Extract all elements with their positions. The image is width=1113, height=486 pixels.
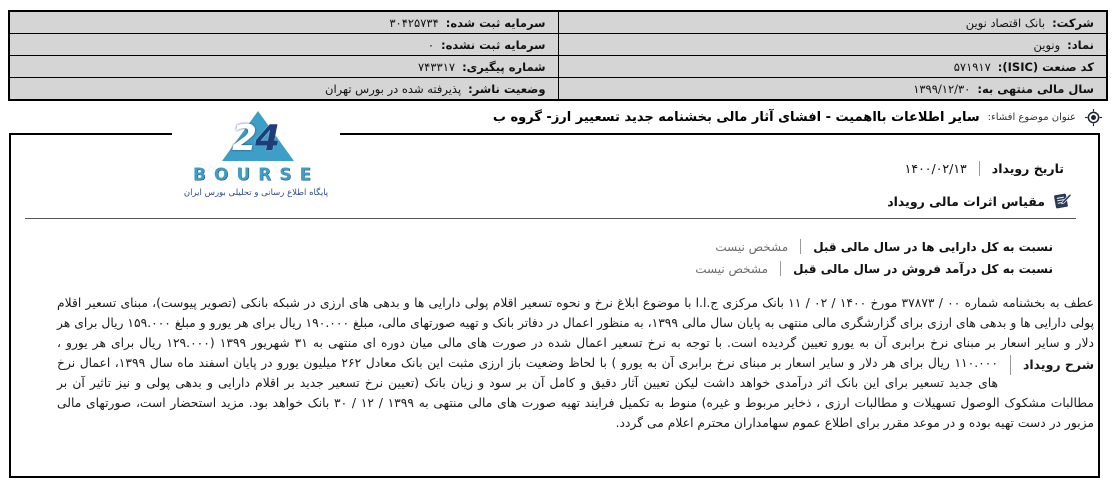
symbol-label: نماد: [1067, 38, 1094, 52]
event-date-row: تاریخ رویداد ۱۴۰۰/۰۲/۱۳ [905, 161, 1064, 176]
logo-number: 24 [232, 117, 278, 161]
info-cell-fiscal-year: سال مالی منتهی به: ۱۳۹۹/۱۲/۳۰ [559, 78, 1107, 99]
company-info-table: شرکت: بانک اقتصاد نوین سرمایه ثبت شده: ۳… [8, 10, 1108, 101]
field-separator-bar [800, 239, 801, 254]
info-cell-tracking-number: شماره پیگیری: ۷۴۳۳۱۷ [10, 56, 558, 77]
ratio-total-revenue-row: نسبت به کل درآمد فروش در سال مالی قبل مش… [695, 261, 1053, 276]
ratio-total-assets-value: مشخص نیست [715, 240, 788, 254]
company-label: شرکت: [1052, 16, 1094, 30]
isic-value: ۵۷۱۹۱۷ [954, 60, 991, 74]
event-date-value: ۱۴۰۰/۰۲/۱۳ [905, 161, 967, 176]
ratio-total-revenue-label: نسبت به کل درآمد فروش در سال مالی قبل [793, 262, 1053, 276]
event-description-label: شرح رویداد [1010, 355, 1094, 375]
note-pencil-icon [1052, 191, 1072, 211]
info-cell-unregistered-capital: سرمایه ثبت نشده: ۰ [10, 34, 558, 55]
event-date-label: تاریخ رویداد [992, 161, 1064, 176]
impact-scale-title: مقیاس اثرات مالی رویداد [887, 194, 1045, 209]
company-value: بانک اقتصاد نوین [966, 16, 1045, 30]
ratio-total-assets-label: نسبت به کل دارایی ها در سال مالی قبل [813, 240, 1053, 254]
section-divider [25, 218, 1076, 219]
info-cell-company: شرکت: بانک اقتصاد نوین [559, 12, 1107, 33]
ratio-total-revenue-value: مشخص نیست [695, 262, 768, 276]
unregistered-capital-value: ۰ [428, 38, 434, 52]
info-cell-isic: کد صنعت (ISIC): ۵۷۱۹۱۷ [559, 56, 1107, 77]
symbol-value: ونوین [1033, 38, 1060, 52]
registered-capital-label: سرمایه ثبت شده: [446, 16, 546, 30]
logo-tagline: پایگاه اطلاع رسانی و تحلیلی بورس ایران [184, 188, 328, 198]
unregistered-capital-label: سرمایه ثبت نشده: [441, 38, 545, 52]
logo-triangle-icon: 24 [208, 107, 304, 163]
issuer-status-value: پذیرفته شده در بورس تهران [325, 82, 461, 96]
page-title: سایر اطلاعات بااهمیت - افشای آثار مالی ب… [493, 110, 980, 125]
fiscal-year-label: سال مالی منتهی به: [977, 82, 1094, 96]
bourse24-logo: 24 BOURSE پایگاه اطلاع رسانی و تحلیلی بو… [172, 104, 340, 216]
event-description: شرح رویداد عطف به بخشنامه شماره ۰۰ / ۳۷۸… [57, 293, 1094, 433]
field-separator-bar [780, 261, 781, 276]
registered-capital-value: ۳۰۴۲۵۷۳۴ [389, 16, 438, 30]
tracking-number-value: ۷۴۳۳۱۷ [418, 60, 455, 74]
impact-scale-heading: مقیاس اثرات مالی رویداد [887, 191, 1072, 211]
disclosure-body-panel: 24 BOURSE پایگاه اطلاع رسانی و تحلیلی بو… [9, 133, 1100, 478]
issuer-status-label: وضعیت ناشر: [468, 82, 545, 96]
fiscal-year-value: ۱۳۹۹/۱۲/۳۰ [913, 82, 970, 96]
disclosure-page: شرکت: بانک اقتصاد نوین سرمایه ثبت شده: ۳… [0, 0, 1113, 486]
event-description-text: عطف به بخشنامه شماره ۰۰ / ۳۷۸۷۳ مورخ ۱۴۰… [57, 296, 1094, 430]
field-separator-bar [979, 161, 980, 176]
info-cell-issuer-status: وضعیت ناشر: پذیرفته شده در بورس تهران [10, 78, 558, 99]
tracking-number-label: شماره پیگیری: [462, 60, 545, 74]
disclosure-title-prefix: عنوان موضوع افشاء: [988, 112, 1076, 123]
ratio-total-assets-row: نسبت به کل دارایی ها در سال مالی قبل مشخ… [715, 239, 1053, 254]
target-bullet-icon [1084, 108, 1103, 127]
info-cell-registered-capital: سرمایه ثبت شده: ۳۰۴۲۵۷۳۴ [10, 12, 558, 33]
logo-brand-text: BOURSE [193, 165, 319, 185]
isic-label: کد صنعت (ISIC): [998, 60, 1094, 74]
info-cell-symbol: نماد: ونوین [559, 34, 1107, 55]
